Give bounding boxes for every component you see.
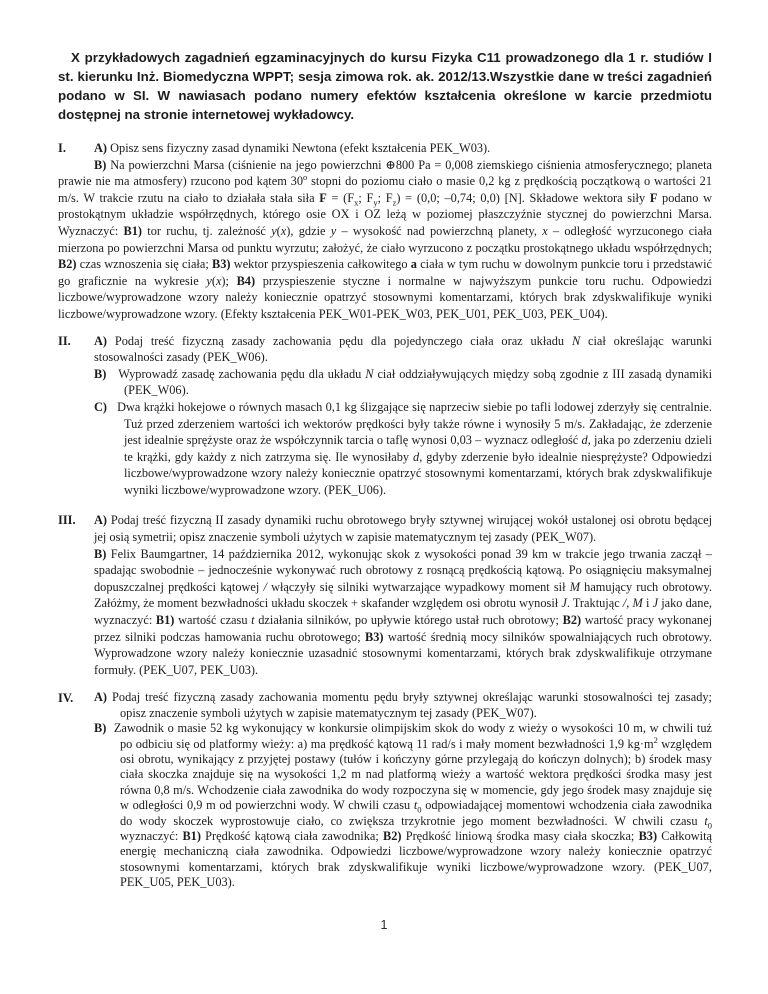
section-IV-item-A: A) Podaj treść fizyczną zasady zachowani… <box>94 690 712 721</box>
section-III-item-A: A) Podaj treść fizyczną II zasady dynami… <box>94 512 712 545</box>
section-II-numeral: II. <box>58 333 94 350</box>
section-IV: IV. A) Podaj treść fizyczną zasady zacho… <box>58 690 712 890</box>
course-header: X przykładowych zagadnień egzaminacyjnyc… <box>58 48 712 124</box>
section-I-numeral: I. <box>58 140 94 157</box>
section-III-numeral: III. <box>58 512 94 529</box>
section-III-item-B: B) Felix Baumgartner, 14 października 20… <box>94 546 712 679</box>
section-I-item-B: B) Na powierzchni Marsa (ciśnienie na je… <box>58 157 712 323</box>
section-II-item-A: A) Podaj treść fizyczną zasady zachowani… <box>94 333 712 366</box>
section-IV-item-B: B) Zawodnik o masie 52 kg wykonujący w k… <box>94 721 712 890</box>
section-I-item-A: A) Opisz sens fizyczny zasad dynamiki Ne… <box>94 140 712 157</box>
section-II-item-C: C) Dwa krążki hokejowe o równych masach … <box>94 399 712 499</box>
section-II-item-B: B) Wyprowadź zasadę zachowania pędu dla … <box>94 366 712 399</box>
page-number: 1 <box>0 918 768 932</box>
section-II: II. A) Podaj treść fizyczną zasady zacho… <box>58 333 712 499</box>
section-III: III. A) Podaj treść fizyczną II zasady d… <box>58 512 712 678</box>
section-IV-numeral: IV. <box>58 690 94 707</box>
section-I: I. A) Opisz sens fizyczny zasad dynamiki… <box>58 140 712 323</box>
document-page: X przykładowych zagadnień egzaminacyjnyc… <box>0 0 768 994</box>
